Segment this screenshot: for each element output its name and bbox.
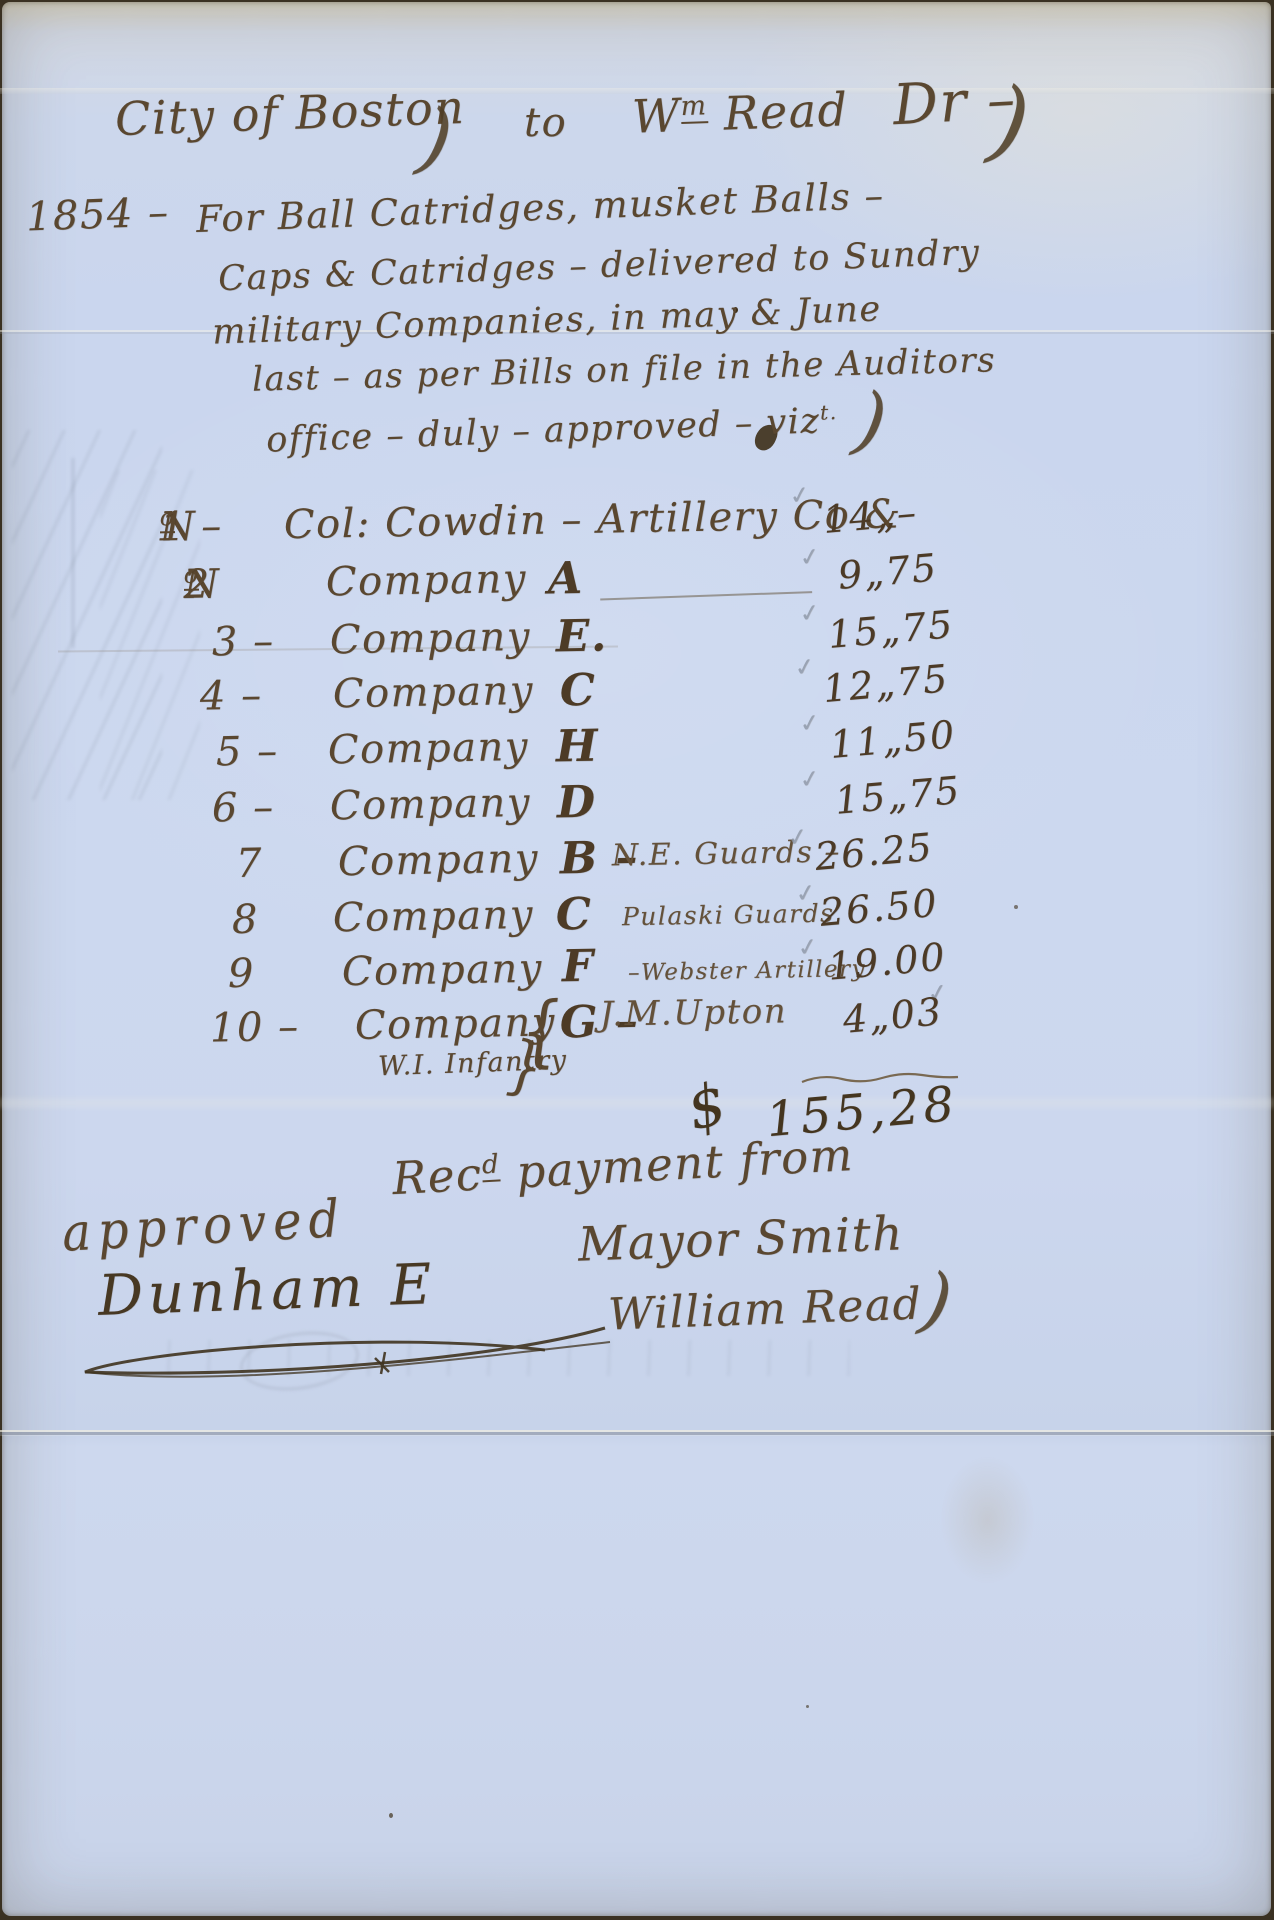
ink-speck <box>389 1813 393 1818</box>
company-letter: C <box>559 665 596 717</box>
payee-superscript: m <box>680 90 708 124</box>
item-name: Company <box>330 780 532 829</box>
item-number: 6 – <box>212 784 275 831</box>
item-amount: 12„75 <box>821 656 951 711</box>
item-number: 3 – <box>212 618 275 665</box>
item-name: Company <box>326 556 528 605</box>
check-mark-icon: ✓ <box>797 541 823 572</box>
item-name: Company <box>333 892 535 941</box>
receipt-superscript: d <box>481 1149 501 1182</box>
check-mark-icon: ✓ <box>785 822 811 853</box>
item-amount: 14„– <box>821 490 920 542</box>
item-number: 4 – <box>200 673 263 720</box>
item-number: 7 <box>236 841 264 887</box>
item-amount: 15„75 <box>833 768 963 823</box>
company-letter: D <box>556 777 597 829</box>
header-to: to <box>524 100 567 146</box>
item-amount: 11„50 <box>828 712 958 767</box>
payee-initial: W <box>631 88 682 144</box>
item-amount: 26.50 <box>818 881 940 935</box>
check-mark-icon: ✓ <box>797 707 823 738</box>
item-amount: 9„75 <box>836 545 940 598</box>
item-amount: 4„03 <box>841 989 945 1042</box>
check-mark-icon: ✓ <box>797 597 823 628</box>
check-mark-icon: ✓ <box>795 931 821 962</box>
company-letter: H <box>555 721 599 773</box>
company-letter: A <box>547 553 584 605</box>
fold-crease-bottom <box>0 1430 1274 1436</box>
item-number: 8 <box>232 897 260 943</box>
check-mark-icon: ✓ <box>793 878 819 909</box>
stain <box>940 1455 1035 1585</box>
check-mark-icon: ✓ <box>787 480 813 511</box>
item-note: J.M.Upton <box>599 991 787 1034</box>
payee-surname: Read <box>723 82 850 140</box>
company-letter: F <box>561 941 595 993</box>
ruled-dash <box>600 591 812 600</box>
company-letter: C <box>555 889 592 941</box>
check-mark-icon: ✓ <box>797 763 823 794</box>
item-amount: 15„75 <box>826 602 956 657</box>
check-mark-icon: ✓ <box>792 652 818 683</box>
viz-superscript: t. <box>820 400 838 425</box>
item-amount: 26.25 <box>813 825 935 879</box>
ink-speck <box>806 1705 809 1708</box>
receipt-text: Rec <box>391 1147 484 1205</box>
item-name: Company <box>338 836 540 885</box>
item-name: Company <box>330 614 532 663</box>
header-payee: Wm Read <box>631 82 849 144</box>
item-name: Company <box>342 946 544 995</box>
item-number: 9 <box>228 951 256 997</box>
item-name: Company <box>333 668 535 717</box>
item-number: 10 – <box>210 1004 300 1052</box>
company-letter: E. <box>555 611 608 663</box>
light-band <box>0 1098 1274 1108</box>
year-label: 1854 – <box>25 190 170 241</box>
item-number: 5 – <box>216 728 279 775</box>
signature-flourish <box>75 1300 615 1400</box>
item-name: Company <box>328 724 530 773</box>
mayor-name: Mayor Smith <box>577 1206 905 1272</box>
scanned-document: { "doc": { "check_glyph": "✓", "header":… <box>0 0 1274 1920</box>
